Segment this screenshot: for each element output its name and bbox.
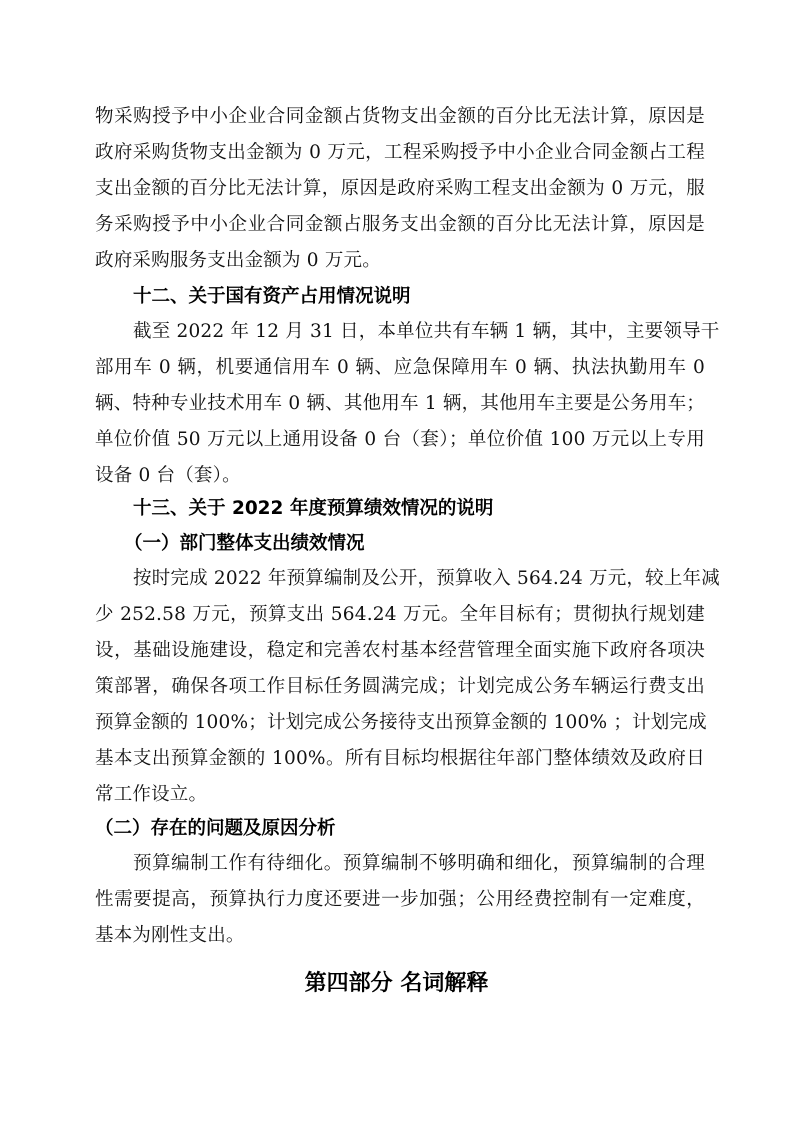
paragraph-line: 策部署，确保各项工作目标任务圆满完成；计划完成公务车辆运行费支出 [95,675,705,699]
subsection-2-heading: （二）存在的问题及原因分析 [95,817,336,841]
paragraph-line: 单位价值 50 万元以上通用设备 0 台（套）；单位价值 100 万元以上专用 [95,428,705,452]
paragraph-line: 物采购授予中小企业合同金额占货物支出金额的百分比无法计算，原因是 [95,105,705,129]
paragraph-line: 常工作设立。 [95,783,705,807]
paragraph-line: 设备 0 台（套）。 [95,464,705,488]
document-page: 物采购授予中小企业合同金额占货物支出金额的百分比无法计算，原因是 政府采购货物支… [0,0,793,1122]
paragraph-line: 务采购授予中小企业合同金额占服务支出金额的百分比无法计算，原因是 [95,213,705,237]
paragraph-line: 按时完成 2022 年预算编制及公开，预算收入 564.24 万元，较上年减 [133,567,705,591]
paragraph-line: 基本为刚性支出。 [95,924,705,948]
paragraph-line: 基本支出预算金额的 100%。所有目标均根据往年部门整体绩效及政府日 [95,747,705,771]
paragraph-line: 预算金额的 100%；计划完成公务接待支出预算金额的 100% ；计划完成 [95,711,705,735]
section-13-heading: 十三、关于 2022 年度预算绩效情况的说明 [133,497,493,521]
paragraph-line: 辆、特种专业技术用车 0 辆、其他用车 1 辆，其他用车主要是公务用车； [95,392,705,416]
paragraph-line: 截至 2022 年 12 月 31 日，本单位共有车辆 1 辆，其中，主要领导干 [133,320,705,344]
paragraph-line: 部用车 0 辆，机要通信用车 0 辆、应急保障用车 0 辆、执法执勤用车 0 [95,356,705,380]
paragraph-line: 预算编制工作有待细化。预算编制不够明确和细化，预算编制的合理 [133,852,705,876]
section-12-heading: 十二、关于国有资产占用情况说明 [133,285,411,309]
paragraph-line: 设，基础设施建设，稳定和完善农村基本经营管理全面实施下政府各项决 [95,639,705,663]
paragraph-line: 政府采购服务支出金额为 0 万元。 [95,249,705,273]
paragraph-line: 支出金额的百分比无法计算，原因是政府采购工程支出金额为 0 万元，服 [95,177,705,201]
paragraph-line: 政府采购货物支出金额为 0 万元，工程采购授予中小企业合同金额占工程 [95,141,705,165]
paragraph-line: 少 252.58 万元，预算支出 564.24 万元。全年目标有；贯彻执行规划建 [95,603,705,627]
paragraph-line: 性需要提高，预算执行力度还要进一步加强；公用经费控制有一定难度， [95,888,705,912]
subsection-1-heading: （一）部门整体支出绩效情况 [124,532,365,556]
part-4-title: 第四部分 名词解释 [0,970,793,998]
